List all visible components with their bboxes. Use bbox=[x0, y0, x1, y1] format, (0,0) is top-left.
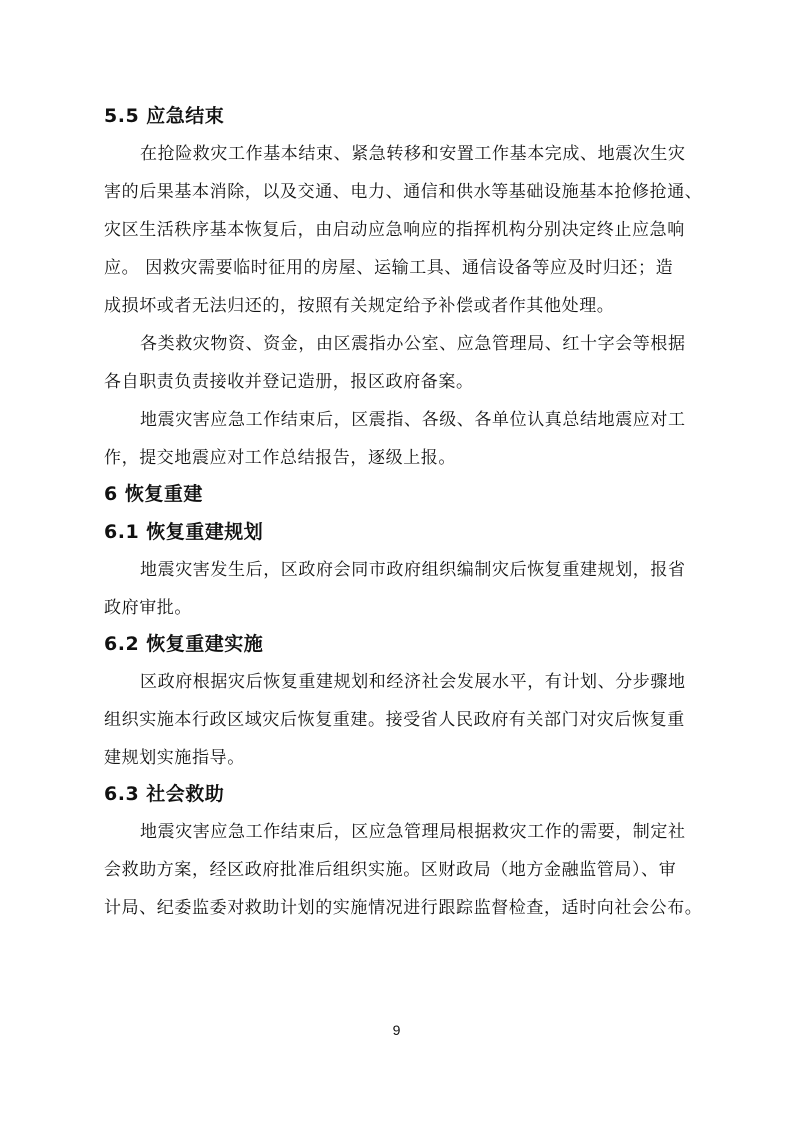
page-number: 9 bbox=[0, 1022, 793, 1038]
paragraph-line: 作，提交地震应对工作总结报告，逐级上报。 bbox=[104, 448, 456, 468]
paragraph-line: 各类救灾物资、资金，由区震指办公室、应急管理局、红十字会等根据 bbox=[140, 334, 686, 354]
section-heading-6-2: 6.2 恢复重建实施 bbox=[104, 634, 263, 654]
paragraph-line: 应。 因救灾需要临时征用的房屋、运输工具、通信设备等应及时归还；造 bbox=[104, 258, 673, 278]
paragraph-line: 建规划实施指导。 bbox=[104, 748, 245, 768]
paragraph-line: 灾区生活秩序基本恢复后，由启动应急响应的指挥机构分别决定终止应急响 bbox=[104, 220, 685, 240]
paragraph-line: 会救助方案，经区政府批准后组织实施。区财政局（地方金融监管局）、审 bbox=[104, 860, 676, 880]
paragraph-line: 在抢险救灾工作基本结束、紧急转移和安置工作基本完成、地震次生灾 bbox=[140, 144, 686, 164]
paragraph-line: 计局、纪委监委对救助计划的实施情况进行跟踪监督检查，适时向社会公布。 bbox=[104, 898, 702, 918]
paragraph-line: 成损坏或者无法归还的，按照有关规定给予补偿或者作其他处理。 bbox=[104, 296, 614, 316]
section-heading-6-1: 6.1 恢复重建规划 bbox=[104, 522, 263, 542]
section-heading-6: 6 恢复重建 bbox=[104, 484, 203, 504]
document-page: 5.5 应急结束 在抢险救灾工作基本结束、紧急转移和安置工作基本完成、地震次生灾… bbox=[0, 0, 793, 1122]
paragraph-line: 区政府根据灾后恢复重建规划和经济社会发展水平，有计划、分步骤地 bbox=[140, 672, 686, 692]
paragraph-line: 地震灾害发生后，区政府会同市政府组织编制灾后恢复重建规划，报省 bbox=[140, 560, 686, 580]
paragraph-line: 害的后果基本消除，以及交通、电力、通信和供水等基础设施基本抢修抢通、 bbox=[104, 182, 702, 202]
section-heading-5-5: 5.5 应急结束 bbox=[104, 106, 224, 126]
paragraph-line: 地震灾害应急工作结束后，区应急管理局根据救灾工作的需要，制定社 bbox=[140, 822, 686, 842]
paragraph-line: 组织实施本行政区域灾后恢复重建。接受省人民政府有关部门对灾后恢复重 bbox=[104, 710, 685, 730]
paragraph-line: 各自职责负责接收并登记造册，报区政府备案。 bbox=[104, 372, 474, 392]
paragraph-line: 地震灾害应急工作结束后，区震指、各级、各单位认真总结地震应对工 bbox=[140, 410, 686, 430]
paragraph-line: 政府审批。 bbox=[104, 598, 192, 618]
section-heading-6-3: 6.3 社会救助 bbox=[104, 784, 224, 804]
